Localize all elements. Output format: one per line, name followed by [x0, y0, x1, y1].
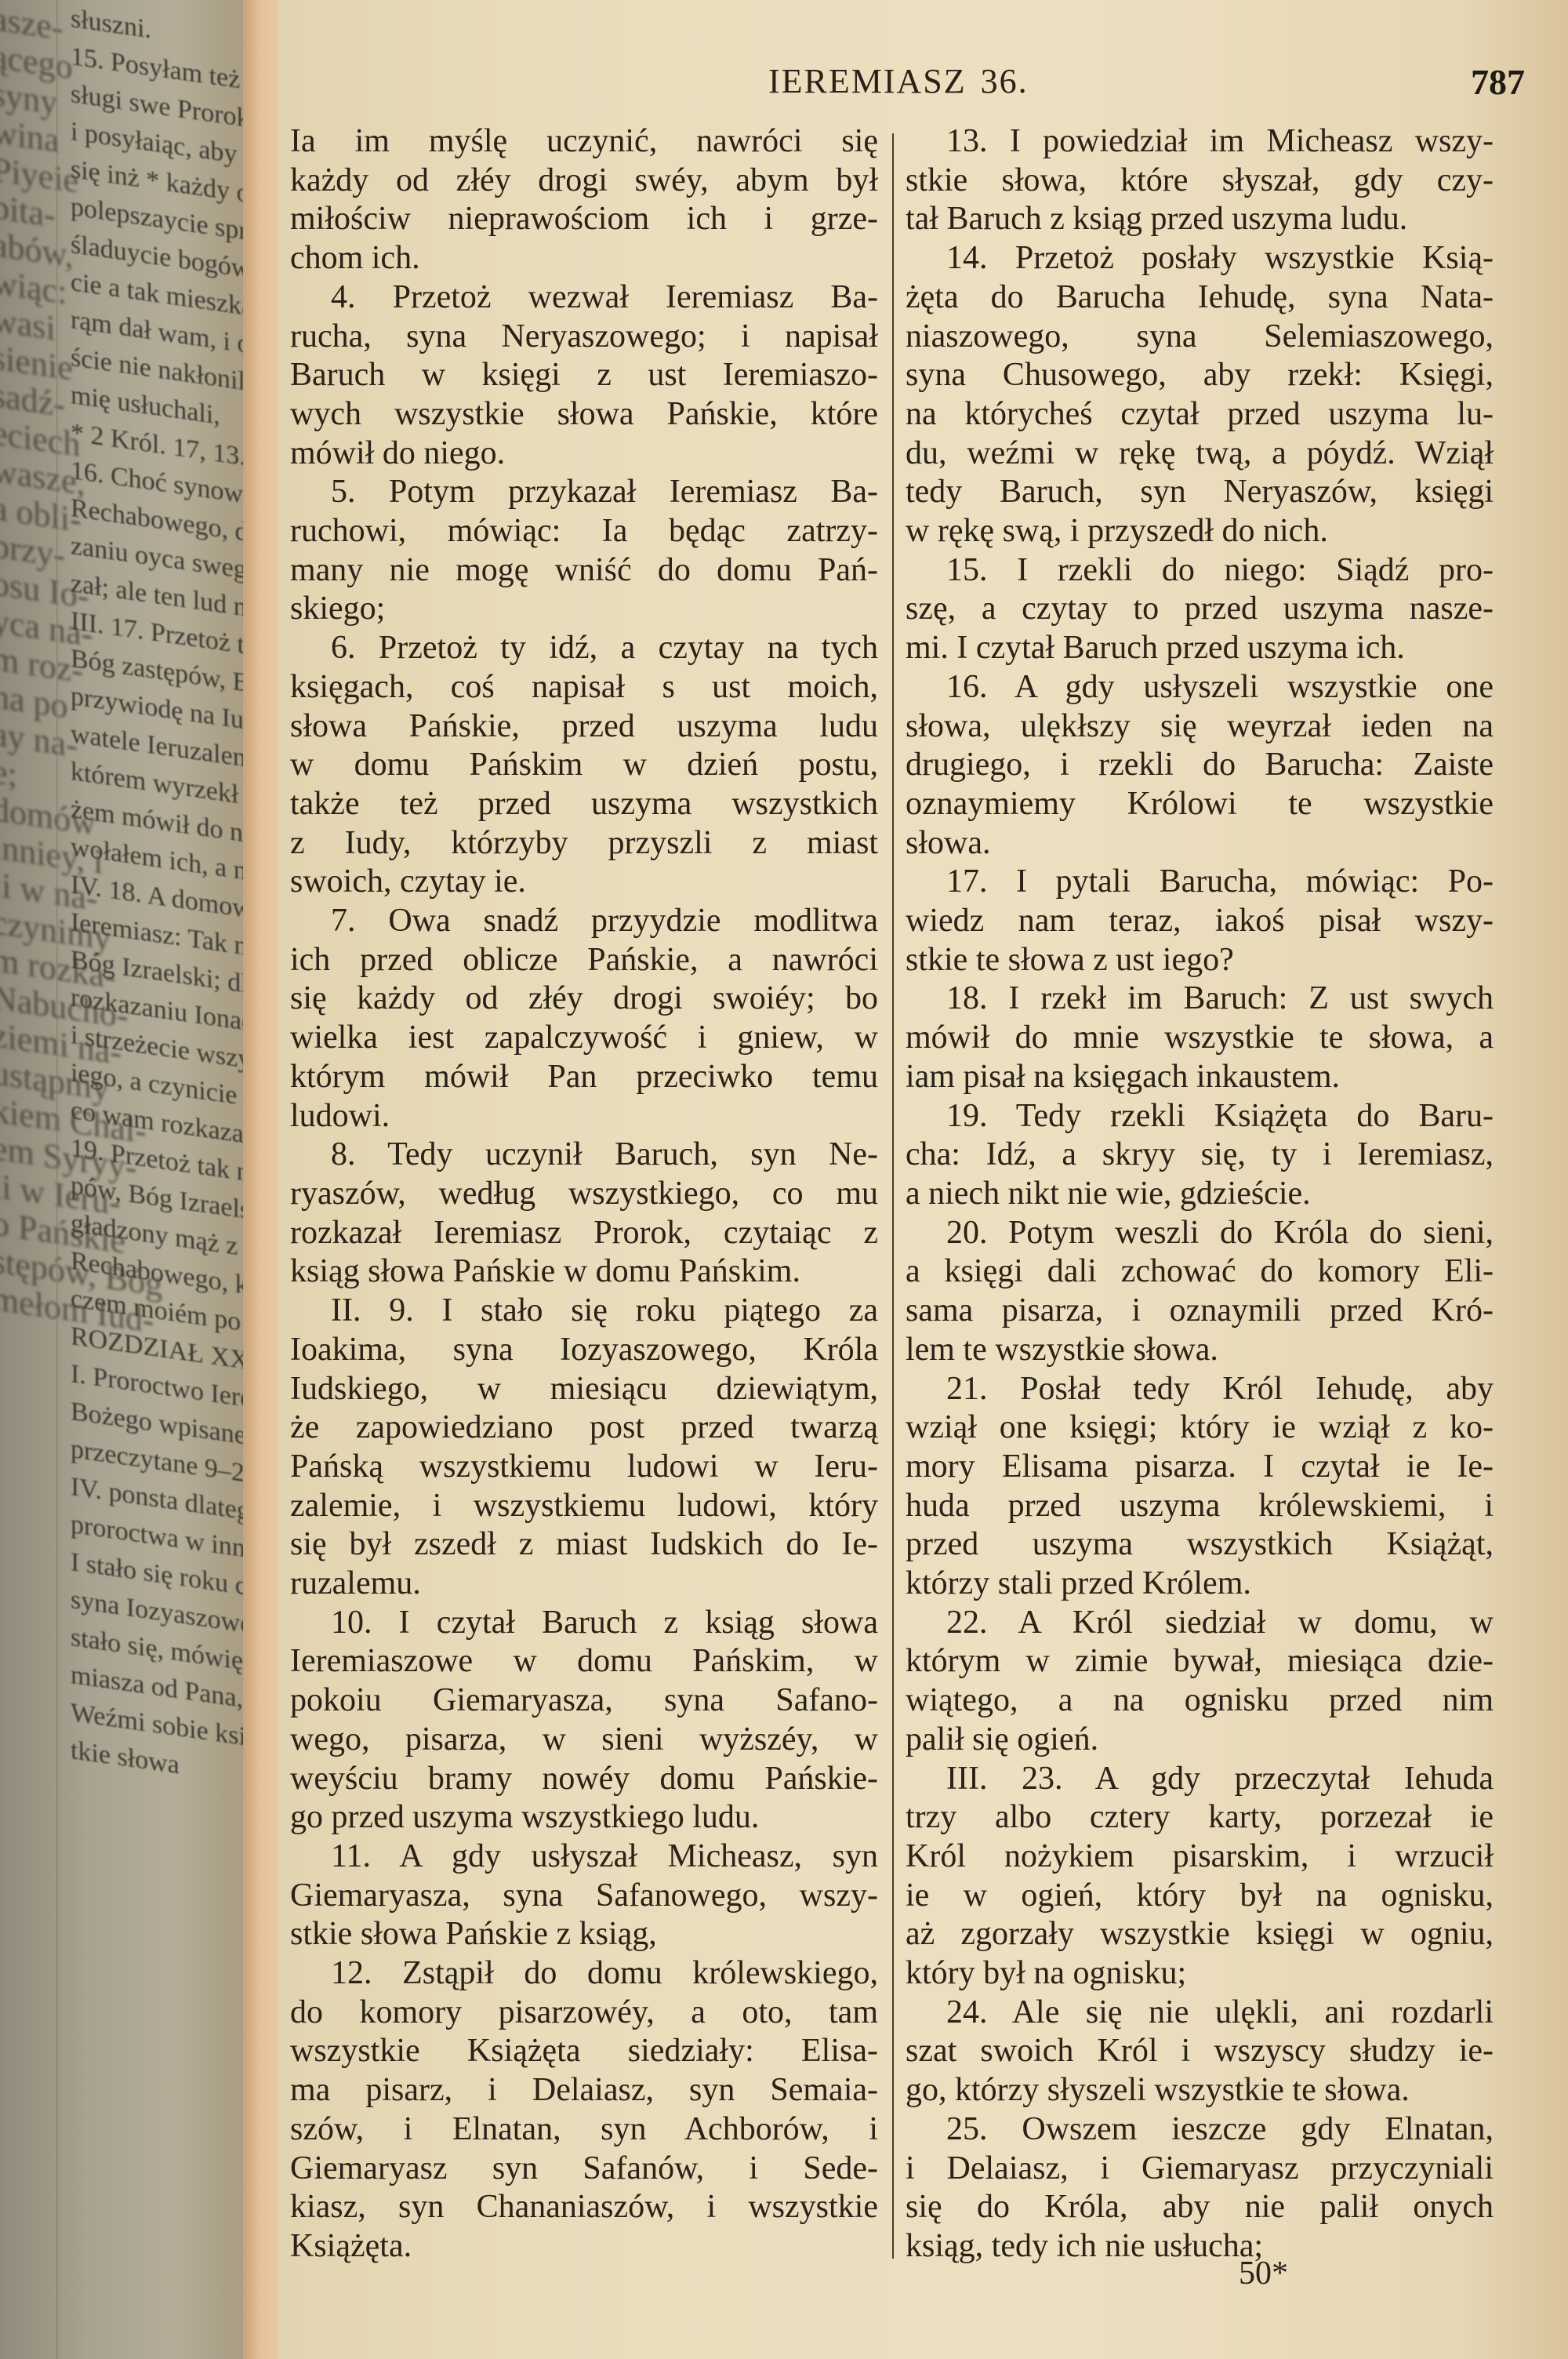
text-line: się był zszedł z miast Iudskich do Ie- — [290, 1525, 878, 1565]
text-line: iam pisał na księgach inkaustem. — [906, 1058, 1494, 1097]
text-line: ludowi. — [290, 1097, 878, 1136]
text-line: się do Króla, aby nie palił onych — [906, 2188, 1494, 2227]
text-line: II. 9. I stało się roku piątego za — [290, 1292, 878, 1331]
text-line: Pańską wszystkiemu ludowi w Ieru- — [290, 1448, 878, 1487]
text-line: słowa. — [906, 824, 1494, 863]
text-line: Ioakima, syna Iozyaszowego, Króla — [290, 1331, 878, 1370]
text-line: III. 23. A gdy przeczytał Iehuda — [906, 1760, 1494, 1799]
text-line: kiasz, syn Chananiaszów, i wszystkie — [290, 2188, 878, 2227]
text-line: 6. Przetoż ty idź, a czytay na tych — [290, 629, 878, 668]
text-line: żęta do Barucha Iehudę, syna Nata- — [906, 278, 1494, 318]
text-line: 15. I rzekli do niego: Siądź pro- — [906, 551, 1494, 591]
text-line: wiątego, a na ognisku przed nim — [906, 1681, 1494, 1721]
text-line: 18. I rzekł im Baruch: Z ust swych — [906, 980, 1494, 1019]
text-line: mówił do mnie wszystkie te słowa, a — [906, 1019, 1494, 1058]
verse-paragraph: 4. Przetoż wezwał Ieremiasz Ba-rucha, sy… — [290, 278, 878, 474]
verse-paragraph: 15. I rzekli do niego: Siądź pro-szę, a … — [906, 551, 1494, 668]
left-column: Ia im myślę uczynić, nawróci siękażdy od… — [290, 122, 878, 2266]
text-line: Książęta. — [290, 2227, 878, 2266]
text-line: lem te wszystkie słowa. — [906, 1331, 1494, 1370]
verse-paragraph: 16. A gdy usłyszeli wszystkie onesłowa, … — [906, 668, 1494, 863]
text-line: ruzalemu. — [290, 1565, 878, 1604]
text-line: du, weźmi w rękę twą, a póydź. Wziął — [906, 434, 1494, 474]
right-column: 13. I powiedział im Micheasz wszy-stkie … — [906, 122, 1494, 2266]
text-line: i Delaiasz, i Giemaryasz przyczyniali — [906, 2150, 1494, 2189]
text-line: księgach, coś napisał s ust moich, — [290, 668, 878, 707]
verse-paragraph: II. 9. I stało się roku piątego zaIoakim… — [290, 1292, 878, 1604]
text-line: ie w ogień, który był na ognisku, — [906, 1877, 1494, 1916]
text-line: tał Baruch z ksiąg przed uszyma ludu. — [906, 200, 1494, 239]
previous-page: asze-ącegosynуwinaPiyeiepita-abów,wiąc:w… — [0, 0, 251, 2359]
text-line: z Iudy, którzyby przyszli z miast — [290, 824, 878, 863]
book-title: IEREMIASZ — [768, 62, 967, 100]
text-line: mi. I czytał Baruch przed uszyma ich. — [906, 629, 1494, 668]
chapter-number: 36. — [981, 62, 1029, 100]
book-page: IEREMIASZ36. 787 Ia im myślę uczynić, na… — [278, 0, 1568, 2359]
text-line: chom ich. — [290, 239, 878, 278]
text-line: szę, a czytay to przed uszyma nasze- — [906, 590, 1494, 629]
verse-paragraph: 11. A gdy usłyszał Micheasz, synGiemarya… — [290, 1837, 878, 1954]
previous-page-inner-column: słuszni.15. Posyłam też do was wszy-sług… — [71, 0, 251, 1796]
text-line: stkie słowa, które słyszał, gdy czy- — [906, 162, 1494, 201]
verse-paragraph: 17. I pytali Barucha, mówiąc: Po-wiedz n… — [906, 863, 1494, 980]
text-line: tedy Baruch, syn Neryaszów, księgi — [906, 473, 1494, 512]
text-line: ruchowi, mówiąc: Ia będąc zatrzy- — [290, 512, 878, 551]
verse-paragraph: 8. Tedy uczynił Baruch, syn Ne-ryaszów, … — [290, 1136, 878, 1292]
text-line: ksiąg, tedy ich nie usłucha; — [906, 2227, 1494, 2266]
text-line: słowa, ulękłszy się weyrzał ieden na — [906, 707, 1494, 747]
text-line: palił się ogień. — [906, 1721, 1494, 1760]
verse-paragraph: 5. Potym przykazał Ieremiasz Ba-ruchowi,… — [290, 473, 878, 629]
verse-paragraph: 10. I czytał Baruch z ksiąg słowaIeremia… — [290, 1604, 878, 1837]
text-line: mory Elisama pisarza. I czytał ie Ie- — [906, 1448, 1494, 1487]
text-line: stkie słowa Pańskie z ksiąg, — [290, 1915, 878, 1954]
text-line: w domu Pańskim w dzień postu, — [290, 746, 878, 785]
text-line: który był na ognisku; — [906, 1954, 1494, 1994]
text-line: cha: Idź, a skryy się, ty i Ieremiasz, — [906, 1136, 1494, 1175]
text-line: weyściu bramy nowéy domu Pańskie- — [290, 1760, 878, 1799]
text-line: w rękę swą, i przyszedł do nich. — [906, 512, 1494, 551]
verse-paragraph: 12. Zstąpił do domu królewskiego,do komo… — [290, 1954, 878, 2266]
verse-paragraph: Ia im myślę uczynić, nawróci siękażdy od… — [290, 122, 878, 278]
text-line: pokoiu Giemaryasza, syna Safano- — [290, 1681, 878, 1721]
verse-paragraph: 21. Posłał tedy Król Iehudę, abywziął on… — [906, 1370, 1494, 1604]
running-head: IEREMIASZ36. 787 — [278, 61, 1568, 108]
text-line: swoich, czytay ie. — [290, 863, 878, 902]
text-line: wiedz nam teraz, iakoś pisał wszy- — [906, 902, 1494, 941]
text-line: a księgi dali zchować do komory Eli- — [906, 1252, 1494, 1292]
text-line: Ieremiaszowe w domu Pańskim, w — [290, 1642, 878, 1681]
text-line: a niech nikt nie wie, gdzieście. — [906, 1175, 1494, 1214]
text-line: do komory pisarzowéy, a oto, tam — [290, 1994, 878, 2033]
text-line: że zapowiedziano post przed twarzą — [290, 1408, 878, 1448]
text-line: którym mówił Pan przeciwko temu — [290, 1058, 878, 1097]
text-line: oznaymiemy Królowi te wszystkie — [906, 785, 1494, 824]
text-line: szat swoich Król i wszyscy słudzy ie- — [906, 2032, 1494, 2071]
text-line: go, którzy słyszeli wszystkie te słowa. — [906, 2071, 1494, 2110]
verse-paragraph: 22. A Król siedział w domu, wktórym w zi… — [906, 1604, 1494, 1760]
page-number: 787 — [1471, 61, 1525, 103]
previous-page-outer-column: asze-ącegosynуwinaPiyeiepita-abów,wiąc:w… — [0, 0, 47, 1325]
running-title: IEREMIASZ36. — [768, 61, 1029, 101]
text-line: 11. A gdy usłyszał Micheasz, syn — [290, 1837, 878, 1877]
text-line: Giemaryasz syn Safanów, i Sede- — [290, 2150, 878, 2189]
text-line: 4. Przetoż wezwał Ieremiasz Ba- — [290, 278, 878, 318]
text-line: wziął one księgi; który ie wziął z ko- — [906, 1408, 1494, 1448]
text-line: 22. A Król siedział w domu, w — [906, 1604, 1494, 1643]
text-line: Ia im myślę uczynić, nawróci się — [290, 122, 878, 162]
text-line: Król nożykiem pisarskim, i wrzucił — [906, 1837, 1494, 1877]
text-line: miłościw nieprawościom ich i grze- — [290, 200, 878, 239]
text-line: ich przed oblicze Pańskie, a nawróci — [290, 941, 878, 980]
text-line: 16. A gdy usłyszeli wszystkie one — [906, 668, 1494, 707]
text-line: Iudskiego, w miesiącu dziewiątym, — [290, 1370, 878, 1409]
text-line: 20. Potym weszli do Króla do sieni, — [906, 1214, 1494, 1253]
text-line: sama pisarza, i oznaymili przed Kró- — [906, 1292, 1494, 1331]
text-line: 7. Owa snadź przyydzie modlitwa — [290, 902, 878, 941]
text-line: ryaszów, według wszystkiego, co mu — [290, 1175, 878, 1214]
text-line: stkie te słowa z ust iego? — [906, 941, 1494, 980]
text-line: wszystkie Książęta siedziały: Elisa- — [290, 2032, 878, 2071]
text-line: 13. I powiedział im Micheasz wszy- — [906, 122, 1494, 162]
verse-paragraph: 14. Przetoż posłały wszystkie Ksią-żęta … — [906, 239, 1494, 551]
text-line: słowa Pańskie, przed uszyma ludu — [290, 707, 878, 747]
text-line: 8. Tedy uczynił Baruch, syn Ne- — [290, 1136, 878, 1175]
text-line: 17. I pytali Barucha, mówiąc: Po- — [906, 863, 1494, 902]
signature-mark: 50* — [1239, 2255, 1288, 2292]
text-line: 14. Przetoż posłały wszystkie Ksią- — [906, 239, 1494, 278]
verse-paragraph: 24. Ale się nie ulękli, ani rozdarliszat… — [906, 1994, 1494, 2110]
text-line: many nie mogę wniść do domu Pań- — [290, 551, 878, 591]
text-line: huda przed uszyma królewskiemi, i — [906, 1487, 1494, 1526]
text-line: trzy albo cztery karty, porzezał ie — [906, 1798, 1494, 1837]
text-line: aż zgorzały wszystkie księgi w ogniu, — [906, 1915, 1494, 1954]
text-line: zalemie, i wszystkiemu ludowi, który — [290, 1487, 878, 1526]
verse-paragraph: 7. Owa snadź przyydzie modlitwaich przed… — [290, 902, 878, 1136]
verse-paragraph: 13. I powiedział im Micheasz wszy-stkie … — [906, 122, 1494, 239]
column-rule — [892, 133, 894, 2259]
text-line: się każdy od złéy drogi swoiéy; bo — [290, 980, 878, 1019]
previous-page-column-rule — [56, 0, 58, 2359]
previous-page-line: mełom Iud- — [0, 1280, 47, 1325]
verse-paragraph: 25. Owszem ieszcze gdy Elnatan,i Delaias… — [906, 2110, 1494, 2266]
text-line: syna Chusowego, aby rzekł: Księgi, — [906, 356, 1494, 395]
text-line: ma pisarz, i Delaiasz, syn Semaia- — [290, 2071, 878, 2110]
text-line: którym w zimie bywał, miesiąca dzie- — [906, 1642, 1494, 1681]
text-line: ksiąg słowa Pańskie w domu Pańskim. — [290, 1252, 878, 1292]
text-line: rozkazał Ieremiasz Prorok, czytaiąc z — [290, 1214, 878, 1253]
text-line: 24. Ale się nie ulękli, ani rozdarli — [906, 1994, 1494, 2033]
text-line: 21. Posłał tedy Król Iehudę, aby — [906, 1370, 1494, 1409]
verse-paragraph: 19. Tedy rzekli Książęta do Baru-cha: Id… — [906, 1097, 1494, 1214]
text-line: Baruch w księgi z ust Ieremiaszo- — [290, 356, 878, 395]
text-line: 5. Potym przykazał Ieremiasz Ba- — [290, 473, 878, 512]
text-line: 25. Owszem ieszcze gdy Elnatan, — [906, 2110, 1494, 2150]
text-line: drugiego, i rzekli do Barucha: Zaiste — [906, 746, 1494, 785]
text-line: go przed uszyma wszystkiego ludu. — [290, 1798, 878, 1837]
text-line: wielka iest zapalczywość i gniew, w — [290, 1019, 878, 1058]
verse-paragraph: 18. I rzekł im Baruch: Z ust swychmówił … — [906, 980, 1494, 1096]
text-line: Giemaryasza, syna Safanowego, wszy- — [290, 1877, 878, 1916]
text-line: 12. Zstąpił do domu królewskiego, — [290, 1954, 878, 1994]
text-line: 10. I czytał Baruch z ksiąg słowa — [290, 1604, 878, 1643]
verse-paragraph: III. 23. A gdy przeczytał Iehudatrzy alb… — [906, 1760, 1494, 1994]
text-line: mówił do niego. — [290, 434, 878, 474]
text-line: na którycheś czytał przed uszyma lu- — [906, 395, 1494, 434]
text-line: szów, i Elnatan, syn Achborów, i — [290, 2110, 878, 2150]
verse-paragraph: 20. Potym weszli do Króla do sieni,a ksi… — [906, 1214, 1494, 1370]
text-line: każdy od złéy drogi swéy, abym był — [290, 162, 878, 201]
text-line: także też przed uszyma wszystkich — [290, 785, 878, 824]
text-line: 19. Tedy rzekli Książęta do Baru- — [906, 1097, 1494, 1136]
text-line: przed uszyma wszystkich Książąt, — [906, 1525, 1494, 1565]
verse-paragraph: 6. Przetoż ty idź, a czytay na tychksięg… — [290, 629, 878, 902]
text-line: skiego; — [290, 590, 878, 629]
text-line: którzy stali przed Królem. — [906, 1565, 1494, 1604]
text-line: wych wszystkie słowa Pańskie, które — [290, 395, 878, 434]
text-line: wego, pisarza, w sieni wyższéy, w — [290, 1721, 878, 1760]
text-line: niaszowego, syna Selemiaszowego, — [906, 318, 1494, 357]
text-line: rucha, syna Neryaszowego; i napisał — [290, 318, 878, 357]
